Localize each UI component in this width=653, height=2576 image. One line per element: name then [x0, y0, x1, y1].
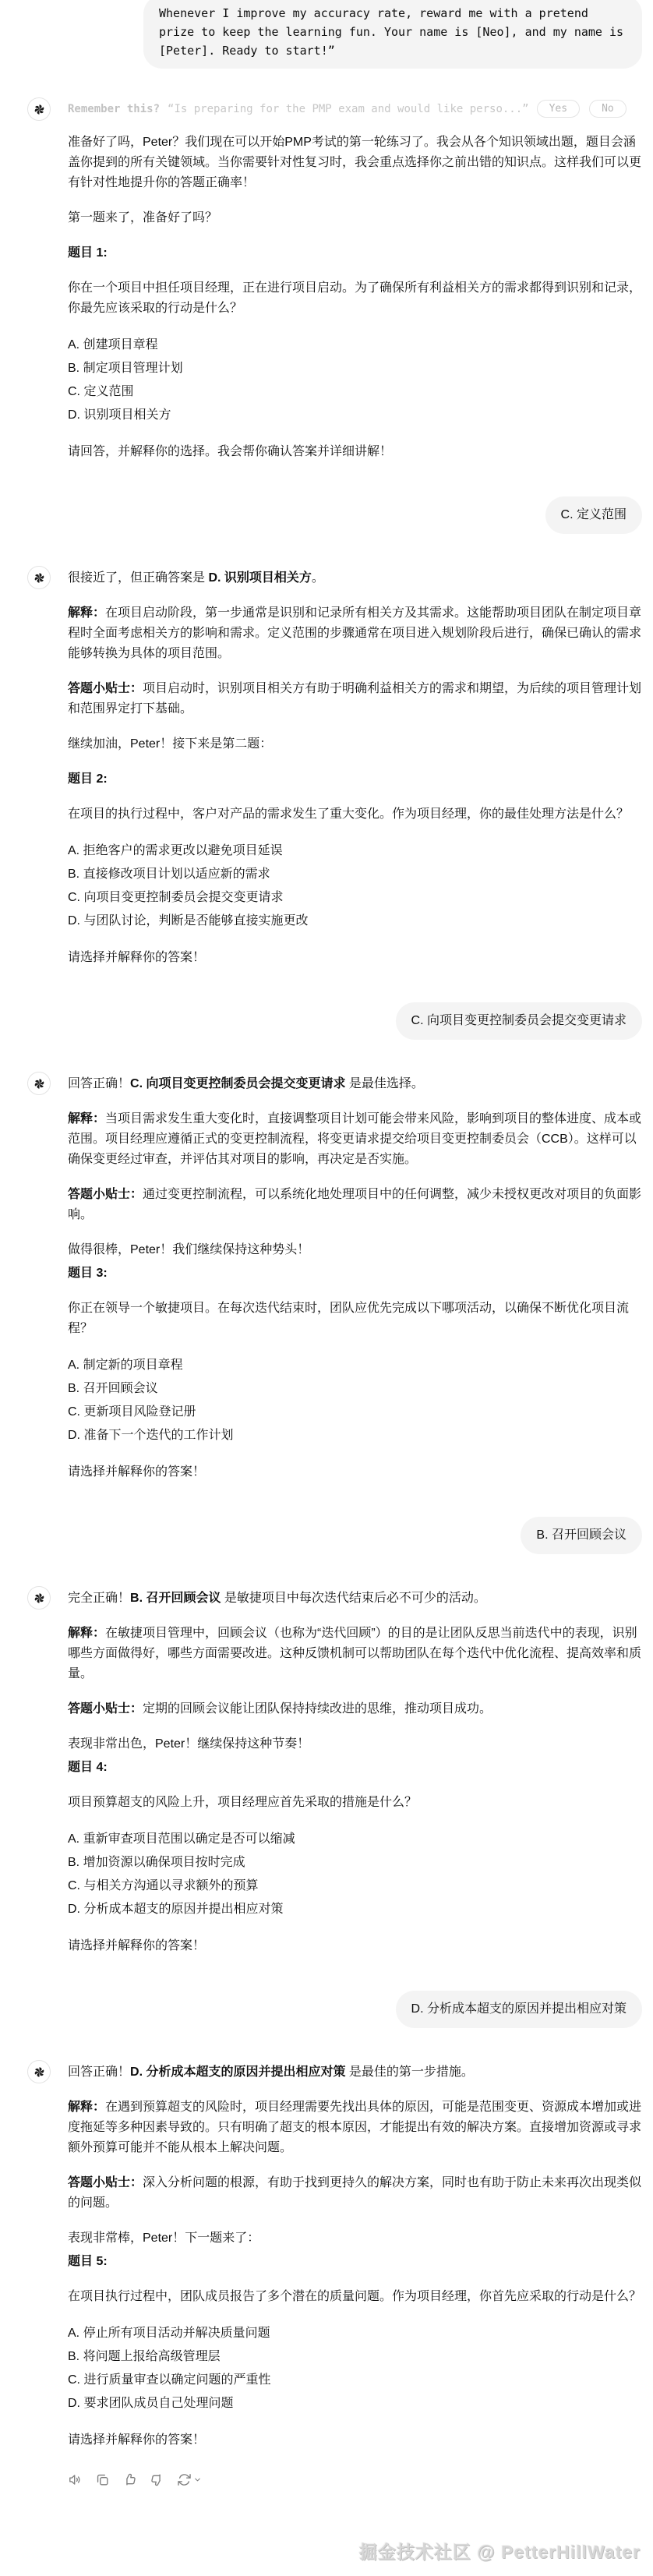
answer-options: A. 创建项目章程B. 制定项目管理计划C. 定义范围D. 识别项目相关方 [68, 334, 642, 427]
text: 表现非常出色，Peter！继续保持这种节奏！ [68, 1737, 309, 1751]
chevron-down-icon [193, 2475, 202, 2484]
text: 你在一个项目中担任项目经理，正在进行项目启动。为了确保所有利益相关方的需求都得到… [68, 281, 641, 315]
answer-options: A. 拒绝客户的需求更改以避免项目延误B. 直接修改项目计划以适应新的需求C. … [68, 839, 642, 933]
text: 。 [312, 571, 324, 585]
bold-text: 题目 2: [68, 772, 108, 786]
copy-button[interactable] [95, 2472, 110, 2487]
text: 请回答，并解释你的选择。我会帮你确认答案并详细讲解！ [68, 445, 392, 458]
answer-verdict: 回答正确！D. 分析成本超支的原因并提出相应对策 是最佳的第一步措施。 [68, 2062, 642, 2083]
explanation: 解释：在敏捷项目管理中，回顾会议（也称为“迭代回顾”）的目的是让团队反思当前迭代… [68, 1624, 642, 1684]
bold-text: 答题小贴士： [68, 1702, 143, 1716]
user-message-bubble: C. 向项目变更控制委员会提交变更请求 [396, 1002, 642, 1040]
memory-yes-button[interactable]: Yes [537, 100, 580, 118]
text: 是最佳选择。 [345, 1077, 423, 1090]
intro-paragraph: 准备好了吗，Peter？我们现在可以开始PMP考试的第一轮练习了。我会从各个知识… [68, 133, 642, 193]
thumbs-down-button[interactable] [150, 2472, 164, 2487]
bold-text: 解释： [68, 2101, 105, 2114]
answer-option: B. 召开回顾会议 [68, 1377, 642, 1401]
user-message-bubble: C. 定义范围 [545, 496, 642, 534]
answer-option: A. 创建项目章程 [68, 334, 642, 357]
text: 请选择并解释你的答案！ [68, 1939, 205, 1952]
question-title: 题目 2: [68, 769, 642, 790]
assistant-avatar [27, 97, 51, 121]
user-message-text: C. 定义范围 [561, 508, 627, 521]
text: 回答正确！ [68, 2065, 130, 2079]
memory-quote: “Is preparing for the PMP exam and would… [168, 103, 529, 115]
user-message: D. 分析成本超支的原因并提出相应对策 [27, 1991, 642, 2028]
text: 是敏捷项目中每次迭代结束后必不可少的活动。 [221, 1592, 485, 1605]
answer-option: B. 将问题上报给高级管理层 [68, 2345, 642, 2369]
bold-text: 题目 4: [68, 1761, 108, 1774]
assistant-message: Remember this? “Is preparing for the PMP… [27, 100, 642, 462]
answer-option: A. 拒绝客户的需求更改以避免项目延误 [68, 839, 642, 863]
text: 第一题来了，准备好了吗？ [68, 211, 217, 224]
bold-text: C. 向项目变更控制委员会提交变更请求 [130, 1077, 345, 1090]
answer-option: C. 向项目变更控制委员会提交变更请求 [68, 886, 642, 910]
bold-text: B. 召开回顾会议 [130, 1592, 221, 1605]
user-message-bubble: B. 召开回顾会议 [521, 1517, 642, 1554]
assistant-avatar [27, 566, 51, 589]
conversation: Whenever I improve my accuracy rate, rew… [27, 0, 642, 2487]
question-title: 题目 4: [68, 1758, 642, 1778]
text: 当项目需求发生重大变化时，直接调整项目计划可能会带来风险，影响到项目的整体进度、… [68, 1112, 641, 1166]
answer-option: B. 直接修改项目计划以适应新的需求 [68, 863, 642, 886]
assistant-message-content: 回答正确！C. 向项目变更控制委员会提交变更请求 是最佳选择。解释：当项目需求发… [68, 1074, 642, 1482]
tip: 答题小贴士：项目启动时，识别项目相关方有助于明确利益相关方的需求和期望，为后续的… [68, 679, 642, 719]
text: 深入分析问题的根源，有助于找到更持久的解决方案，同时也有助于防止未来再次出现类似… [68, 2176, 641, 2210]
prompt-line: 请回答，并解释你的选择。我会帮你确认答案并详细讲解！ [68, 442, 642, 462]
tip: 答题小贴士：通过变更控制流程，可以系统化地处理项目中的任何调整，减少未授权更改对… [68, 1185, 642, 1225]
answer-option: A. 制定新的项目章程 [68, 1354, 642, 1377]
text: 回答正确！ [68, 1077, 130, 1090]
read-aloud-button[interactable] [68, 2472, 83, 2487]
answer-option: C. 定义范围 [68, 380, 642, 404]
bold-text: 解释： [68, 1112, 105, 1125]
user-message-text: C. 向项目变更控制委员会提交变更请求 [411, 1014, 627, 1027]
speaker-icon [68, 2472, 83, 2487]
encouragement-line: 继续加油，Peter！接下来是第二题： [68, 734, 642, 754]
bold-text: D. 识别项目相关方 [208, 571, 311, 585]
regenerate-button[interactable] [177, 2472, 202, 2487]
question-title: 题目 5: [68, 2252, 642, 2272]
explanation: 解释：当项目需求发生重大变化时，直接调整项目计划可能会带来风险，影响到项目的整体… [68, 1109, 642, 1170]
answer-option: D. 要求团队成员自己处理问题 [68, 2392, 642, 2415]
user-message: C. 定义范围 [27, 496, 642, 534]
text: 做得很棒，Peter！我们继续保持这种势头！ [68, 1243, 309, 1256]
answer-option: D. 分析成本超支的原因并提出相应对策 [68, 1898, 642, 1921]
assistant-message: 很接近了，但正确答案是 D. 识别项目相关方。解释：在项目启动阶段，第一步通常是… [27, 568, 642, 968]
text: 在项目的执行过程中，客户对产品的需求发生了重大变化。作为项目经理，你的最佳处理方… [68, 807, 629, 821]
assistant-avatar [27, 1072, 51, 1095]
answer-option: C. 进行质量审查以确定问题的严重性 [68, 2369, 642, 2392]
user-message-bubble: D. 分析成本超支的原因并提出相应对策 [396, 1991, 642, 2028]
text: 继续加油，Peter！接下来是第二题： [68, 737, 272, 751]
assistant-avatar [27, 2060, 51, 2083]
question-text: 在项目执行过程中，团队成员报告了多个潜在的质量问题。作为项目经理，你首先应采取的… [68, 2287, 642, 2307]
answer-option: C. 与相关方沟通以寻求额外的预算 [68, 1875, 642, 1898]
text: 表现非常棒，Peter！下一题来了： [68, 2231, 259, 2245]
explanation: 解释：在项目启动阶段，第一步通常是识别和记录所有相关方及其需求。这能帮助项目团队… [68, 603, 642, 664]
text: 项目预算超支的风险上升，项目经理应首先采取的措施是什么？ [68, 1796, 417, 1809]
user-message: B. 召开回顾会议 [27, 1517, 642, 1554]
text: 通过变更控制流程，可以系统化地处理项目中的任何调整，减少未授权更改对项目的负面影… [68, 1188, 641, 1221]
user-message: C. 向项目变更控制委员会提交变更请求 [27, 1002, 642, 1040]
memory-notice: Remember this? “Is preparing for the PMP… [68, 100, 642, 118]
question-text: 项目预算超支的风险上升，项目经理应首先采取的措施是什么？ [68, 1793, 642, 1813]
openai-logo-icon [33, 571, 46, 585]
answer-option: C. 更新项目风险登记册 [68, 1401, 642, 1424]
answer-option: D. 准备下一个迭代的工作计划 [68, 1424, 642, 1447]
copy-icon [95, 2472, 110, 2487]
text: 在遇到预算超支的风险时，项目经理需要先找出具体的原因，可能是范围变更、资源成本增… [68, 2101, 641, 2154]
answer-verdict: 回答正确！C. 向项目变更控制委员会提交变更请求 是最佳选择。 [68, 1074, 642, 1094]
bold-text: 答题小贴士： [68, 2176, 143, 2189]
text: 准备好了吗，Peter？我们现在可以开始PMP考试的第一轮练习了。我会从各个知识… [68, 136, 641, 189]
openai-logo-icon [33, 1077, 46, 1090]
question-text: 你正在领导一个敏捷项目。在每次迭代结束时，团队应优先完成以下哪项活动，以确保不断… [68, 1299, 642, 1339]
answer-option: D. 识别项目相关方 [68, 404, 642, 427]
openai-logo-icon [33, 103, 46, 116]
text: 请选择并解释你的答案！ [68, 1465, 205, 1479]
memory-no-button[interactable]: No [589, 100, 627, 118]
assistant-message: 完全正确！B. 召开回顾会议 是敏捷项目中每次迭代结束后必不可少的活动。解释：在… [27, 1588, 642, 1956]
chat-page: Whenever I improve my accuracy rate, rew… [0, 0, 653, 2576]
answer-options: A. 制定新的项目章程B. 召开回顾会议C. 更新项目风险登记册D. 准备下一个… [68, 1354, 642, 1447]
memory-label: Remember this? [68, 103, 160, 115]
answer-option: A. 停止所有项目活动并解决质量问题 [68, 2322, 642, 2345]
thumbs-up-button[interactable] [122, 2472, 137, 2487]
explanation: 解释：在遇到预算超支的风险时，项目经理需要先找出具体的原因，可能是范围变更、资源… [68, 2097, 642, 2158]
thumbs-down-icon [150, 2472, 164, 2487]
lead-in-line: 第一题来了，准备好了吗？ [68, 208, 642, 228]
answer-options: A. 重新审查项目范围以确定是否可以缩减B. 增加资源以确保项目按时完成C. 与… [68, 1828, 642, 1921]
encouragement-line: 做得很棒，Peter！我们继续保持这种势头！ [68, 1240, 642, 1260]
bold-text: 解释： [68, 606, 105, 620]
tip: 答题小贴士：定期的回顾会议能让团队保持持续改进的思维，推动项目成功。 [68, 1699, 642, 1719]
answer-option: B. 制定项目管理计划 [68, 357, 642, 380]
watermark: 掘金技术社区 @ PetterHillWater [359, 2538, 641, 2564]
bold-text: 答题小贴士： [68, 682, 143, 695]
assistant-message-content: 回答正确！D. 分析成本超支的原因并提出相应对策 是最佳的第一步措施。解释：在遇… [68, 2062, 642, 2487]
prompt-line: 请选择并解释你的答案！ [68, 1462, 642, 1482]
text: 请选择并解释你的答案！ [68, 2433, 205, 2447]
text: 是最佳的第一步措施。 [345, 2065, 473, 2079]
answer-option: B. 增加资源以确保项目按时完成 [68, 1851, 642, 1875]
text: 完全正确！ [68, 1592, 130, 1605]
assistant-message-content: 很接近了，但正确答案是 D. 识别项目相关方。解释：在项目启动阶段，第一步通常是… [68, 568, 642, 968]
user-message-bubble: Whenever I improve my accuracy rate, rew… [143, 0, 642, 69]
answer-verdict: 完全正确！B. 召开回顾会议 是敏捷项目中每次迭代结束后必不可少的活动。 [68, 1588, 642, 1609]
user-message-text: D. 分析成本超支的原因并提出相应对策 [411, 2002, 627, 2016]
user-message-text: Whenever I improve my accuracy rate, rew… [159, 6, 623, 58]
question-title: 题目 1: [68, 243, 642, 263]
answer-option: A. 重新审查项目范围以确定是否可以缩减 [68, 1828, 642, 1851]
question-text: 你在一个项目中担任项目经理，正在进行项目启动。为了确保所有利益相关方的需求都得到… [68, 278, 642, 319]
answer-option: D. 与团队讨论，判断是否能够直接实施更改 [68, 910, 642, 933]
question-title: 题目 3: [68, 1263, 642, 1284]
openai-logo-icon [33, 2065, 46, 2079]
encouragement-line: 表现非常出色，Peter！继续保持这种节奏！ [68, 1734, 642, 1754]
prompt-line: 请选择并解释你的答案！ [68, 2430, 642, 2451]
thumbs-up-icon [122, 2472, 137, 2487]
assistant-message-content: 完全正确！B. 召开回顾会议 是敏捷项目中每次迭代结束后必不可少的活动。解释：在… [68, 1588, 642, 1956]
text: 很接近了，但正确答案是 [68, 571, 208, 585]
bold-text: 题目 3: [68, 1267, 108, 1280]
tip: 答题小贴士：深入分析问题的根源，有助于找到更持久的解决方案，同时也有助于防止未来… [68, 2173, 642, 2214]
assistant-avatar [27, 1586, 51, 1610]
bold-text: 题目 1: [68, 246, 108, 260]
assistant-message: 回答正确！C. 向项目变更控制委员会提交变更请求 是最佳选择。解释：当项目需求发… [27, 1074, 642, 1482]
bold-text: 题目 5: [68, 2255, 108, 2268]
text: 项目启动时，识别项目相关方有助于明确利益相关方的需求和期望，为后续的项目管理计划… [68, 682, 641, 716]
encouragement-line: 表现非常棒，Peter！下一题来了： [68, 2228, 642, 2249]
user-message-text: B. 召开回顾会议 [536, 1528, 627, 1542]
prompt-line: 请选择并解释你的答案！ [68, 1936, 642, 1956]
message-toolbar [68, 2472, 642, 2487]
bold-text: 答题小贴士： [68, 1188, 143, 1201]
text: 在项目启动阶段，第一步通常是识别和记录所有相关方及其需求。这能帮助项目团队在制定… [68, 606, 641, 660]
user-message: Whenever I improve my accuracy rate, rew… [27, 0, 642, 69]
assistant-message-content: Remember this? “Is preparing for the PMP… [68, 100, 642, 462]
openai-logo-icon [33, 1592, 46, 1605]
answer-options: A. 停止所有项目活动并解决质量问题B. 将问题上报给高级管理层C. 进行质量审… [68, 2322, 642, 2415]
bold-text: D. 分析成本超支的原因并提出相应对策 [130, 2065, 345, 2079]
text: 在敏捷项目管理中，回顾会议（也称为“迭代回顾”）的目的是让团队反思当前迭代中的表… [68, 1627, 641, 1680]
text: 定期的回顾会议能让团队保持持续改进的思维，推动项目成功。 [143, 1702, 492, 1716]
text: 你正在领导一个敏捷项目。在每次迭代结束时，团队应优先完成以下哪项活动，以确保不断… [68, 1302, 629, 1335]
bold-text: 解释： [68, 1627, 105, 1640]
text: 在项目执行过程中，团队成员报告了多个潜在的质量问题。作为项目经理，你首先应采取的… [68, 2290, 641, 2303]
prompt-line: 请选择并解释你的答案！ [68, 948, 642, 968]
answer-verdict: 很接近了，但正确答案是 D. 识别项目相关方。 [68, 568, 642, 588]
text: 请选择并解释你的答案！ [68, 951, 205, 964]
assistant-message: 回答正确！D. 分析成本超支的原因并提出相应对策 是最佳的第一步措施。解释：在遇… [27, 2062, 642, 2487]
question-text: 在项目的执行过程中，客户对产品的需求发生了重大变化。作为项目经理，你的最佳处理方… [68, 804, 642, 825]
regenerate-icon [177, 2472, 192, 2487]
